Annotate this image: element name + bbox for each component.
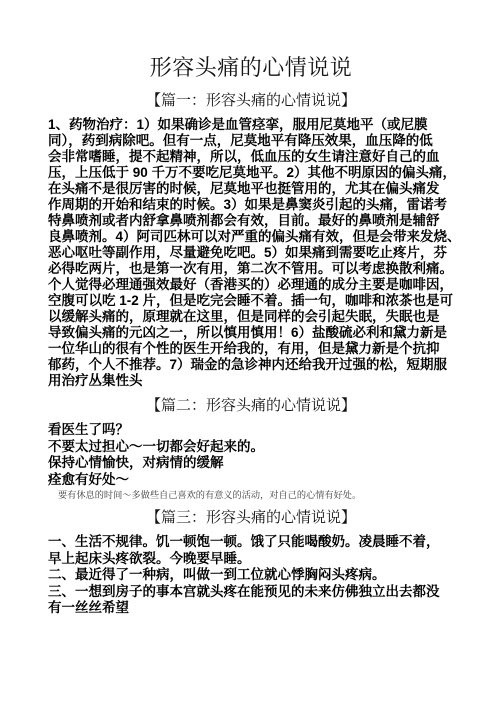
section-2-note: 要有休息的时间～多做些自己喜欢的有意义的活动，对自己的心情有好处。 [48, 489, 454, 501]
section-1-body: 1、药物治疗：1）如果确诊是血管痉挛，服用尼莫地平（或尼膜 同），药到病除吧。但… [48, 117, 454, 389]
section-3-body: 一、生活不规律。饥一顿饱一顿。饿了只能喝酸奶。凌晨睡不着， 早上起床头疼欲裂。今… [48, 534, 454, 617]
document-page: 形容头痛的心情说说 【篇一：形容头痛的心情说说】 1、药物治疗：1）如果确诊是血… [0, 0, 496, 702]
section-2-heading: 【篇二：形容头痛的心情说说】 [48, 395, 454, 418]
section-3-heading: 【篇三：形容头痛的心情说说】 [48, 507, 454, 530]
section-2-body: 看医生了吗？ 不要太过担心～一切都会好起来的。 保持心情愉快，对病情的缓解 痊愈… [48, 422, 454, 488]
document-title: 形容头痛的心情说说 [48, 52, 454, 84]
section-1-heading: 【篇一：形容头痛的心情说说】 [48, 90, 454, 113]
